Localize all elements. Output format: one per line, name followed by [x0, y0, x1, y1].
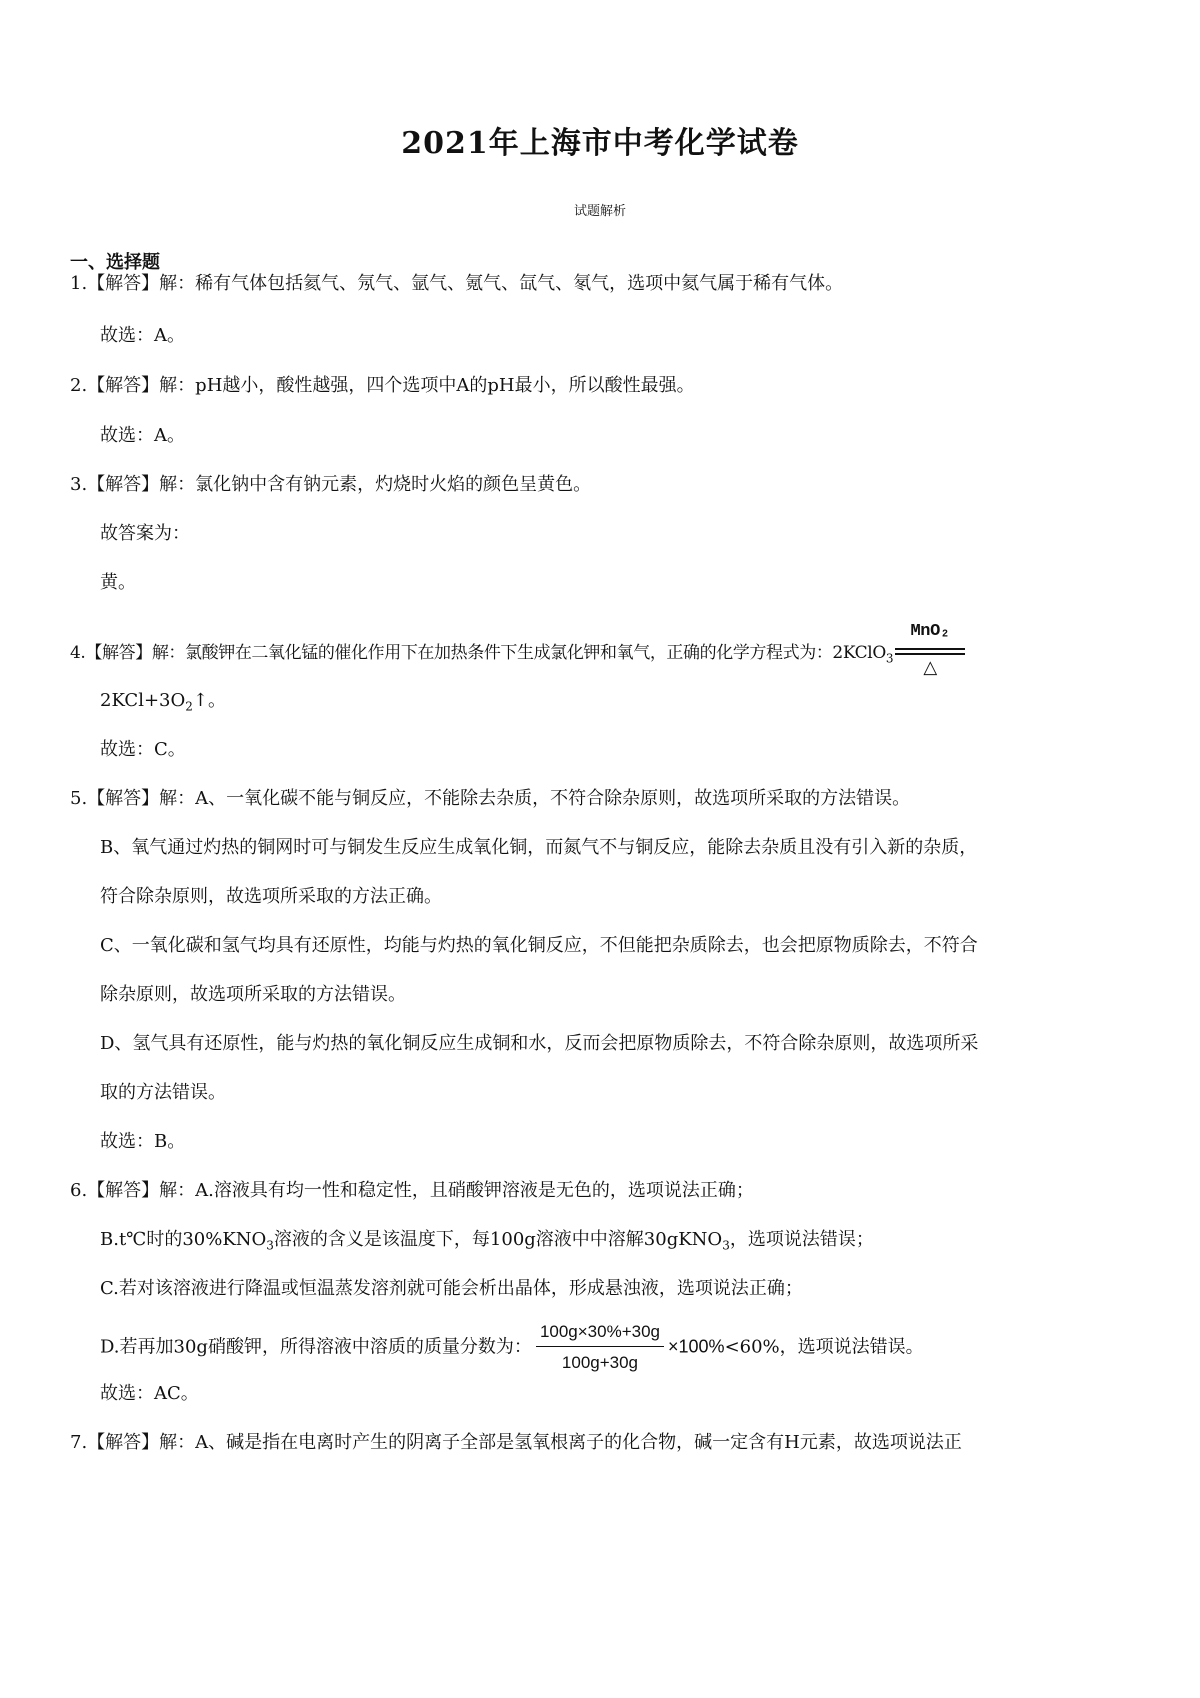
q4-subscript: 3 [886, 651, 893, 665]
q5-option-c-1: C、一氧化碳和氢气均具有还原性，均能与灼热的氧化铜反应，不但能把杂质除去，也会把… [100, 934, 978, 958]
q3-answer: 黄。 [100, 571, 136, 595]
q6-b-text-1: B.t℃时的30%KNO [100, 1229, 266, 1250]
q6-b-text-2: 溶液的含义是该温度下，每100g溶液中中溶解30gKNO [274, 1229, 722, 1250]
catalyst-label: MnO₂ [895, 620, 965, 644]
q1-explanation: 1.【解答】解：稀有气体包括氦气、氖气、氩气、氪气、氙气、氡气，选项中氦气属于稀… [70, 272, 843, 296]
q5-option-b-2: 符合除杂原则，故选项所采取的方法正确。 [100, 885, 442, 909]
q6-b-text-3: ，选项说法错误； [730, 1229, 874, 1250]
products-text: 2KCl+3O [100, 690, 185, 711]
q7-option-a: 7.【解答】解：A、碱是指在电离时产生的阴离子全部是氢氧根离子的化合物，碱一定含… [70, 1431, 962, 1455]
q6-d-conclusion: <60%，选项说法错误。 [725, 1337, 924, 1358]
q1-answer: 故选：A。 [100, 324, 185, 348]
document-title: 2021年上海市中考化学试卷 [0, 118, 1200, 162]
q4-answer: 故选：C。 [100, 738, 186, 762]
mass-fraction-formula: 100g×30%+30g100g+30g [536, 1320, 664, 1375]
q2-explanation: 2.【解答】解：pH越小，酸性越强，四个选项中A的pH最小，所以酸性最强。 [70, 374, 695, 398]
q6-option-c: C.若对该溶液进行降温或恒温蒸发溶剂就可能会析出晶体，形成悬浊液，选项说法正确； [100, 1277, 803, 1301]
q4-equation-products: 2KCl+3O2↑。 [100, 689, 226, 719]
q5-option-a: 5.【解答】解：A、一氧化碳不能与铜反应，不能除去杂质，不符合除杂原则，故选项所… [70, 787, 910, 811]
q5-option-d-2: 取的方法错误。 [100, 1081, 226, 1105]
q6-d-multiplier: ×100% [668, 1337, 725, 1357]
q6-b-subscript-2: 3 [722, 1239, 730, 1253]
document-subtitle: 试题解析 [0, 200, 1200, 219]
q3-answer-label: 故答案为： [100, 522, 190, 546]
q4-explanation: 4.【解答】解：氯酸钾在二氧化锰的催化作用下在加热条件下生成氯化钾和氧气，正确的… [70, 641, 965, 670]
gas-arrow: ↑。 [193, 690, 226, 711]
products-subscript: 2 [185, 700, 193, 714]
q5-option-c-2: 除杂原则，故选项所采取的方法错误。 [100, 983, 406, 1007]
fraction-denominator: 100g+30g [536, 1347, 664, 1375]
q6-d-text: D.若再加30g硝酸钾，所得溶液中溶质的质量分数为： [100, 1337, 532, 1358]
q5-option-d-1: D、氢气具有还原性，能与灼热的氧化铜反应生成铜和水，反而会把原物质除去，不符合除… [100, 1032, 978, 1056]
q6-answer: 故选：AC。 [100, 1382, 199, 1406]
q6-option-b: B.t℃时的30%KNO3溶液的含义是该温度下，每100g溶液中中溶解30gKN… [100, 1228, 874, 1258]
fraction-numerator: 100g×30%+30g [536, 1320, 664, 1347]
q6-option-a: 6.【解答】解：A.溶液具有均一性和稳定性，且硝酸钾溶液是无色的，选项说法正确； [70, 1179, 754, 1203]
q6-option-d: D.若再加30g硝酸钾，所得溶液中溶质的质量分数为：100g×30%+30g10… [100, 1320, 924, 1375]
q6-b-subscript-1: 3 [266, 1239, 274, 1253]
q5-option-b-1: B、氧气通过灼热的铜网时可与铜发生反应生成氧化铜，而氮气不与铜反应，能除去杂质且… [100, 836, 977, 860]
q4-text: 4.【解答】解：氯酸钾在二氧化锰的催化作用下在加热条件下生成氯化钾和氧气，正确的… [70, 643, 886, 663]
reaction-condition: MnO₂△ [895, 646, 965, 670]
heat-symbol: △ [895, 656, 965, 680]
q3-explanation: 3.【解答】解：氯化钠中含有钠元素，灼烧时火焰的颜色呈黄色。 [70, 473, 591, 497]
equals-sign [895, 648, 965, 655]
q2-answer: 故选：A。 [100, 424, 185, 448]
section-heading: 一、选择题 [70, 248, 160, 274]
q5-answer: 故选：B。 [100, 1130, 185, 1154]
